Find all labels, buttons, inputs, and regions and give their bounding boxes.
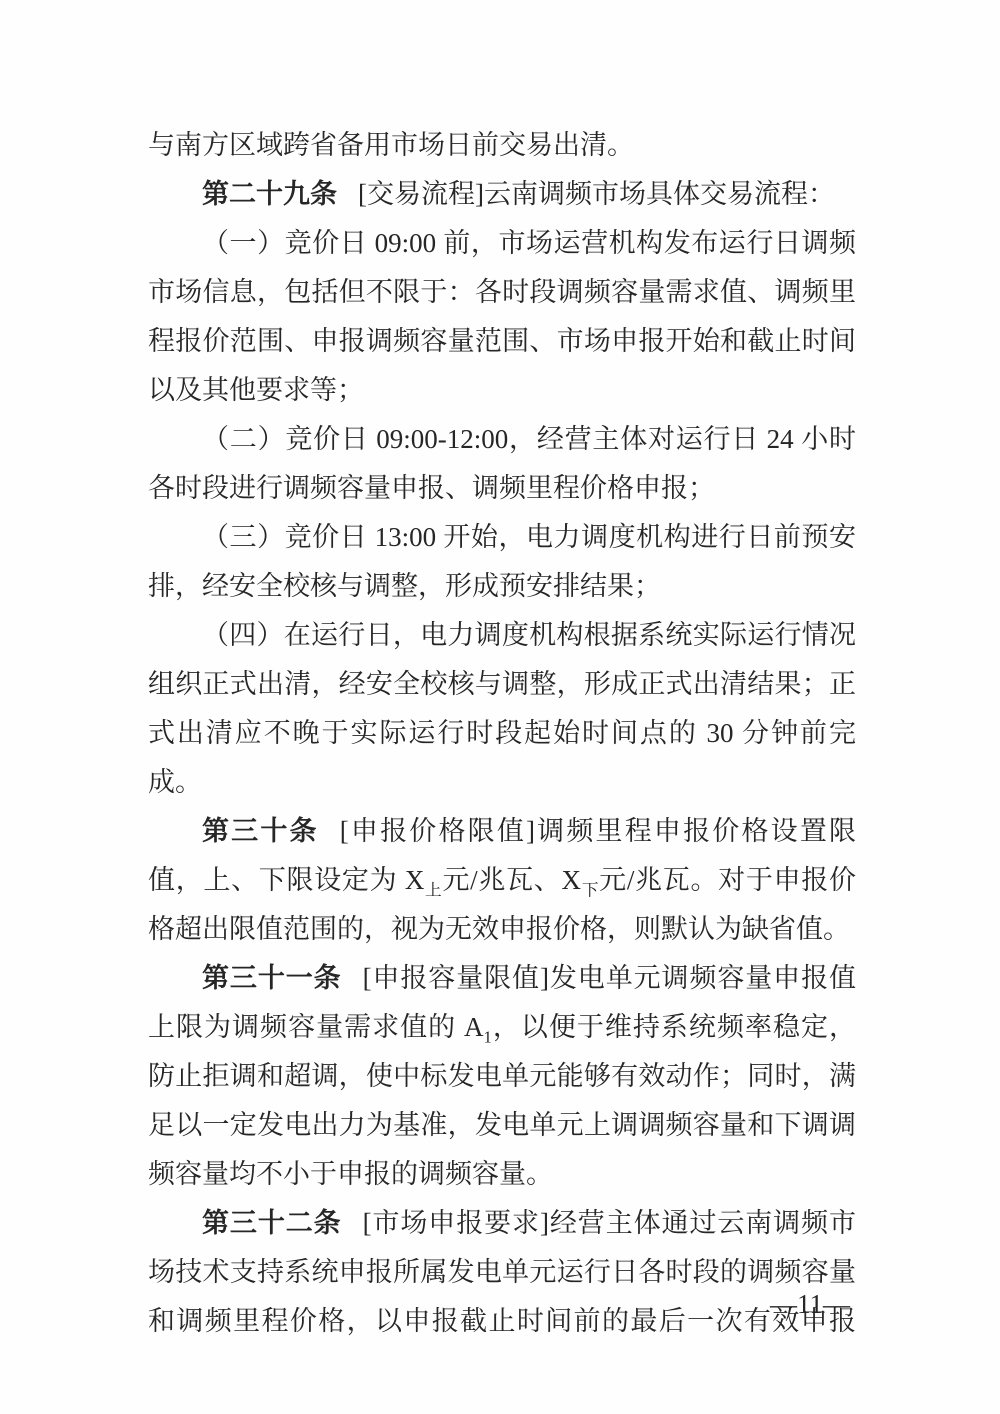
paragraph-text: 与南方区域跨省备用市场日前交易出清。 <box>148 130 634 160</box>
clause-item-4-text: （四）在运行日，电力调度机构根据系统实际运行情况组织正式出清，经安全校核与调整，… <box>148 620 856 797</box>
article-30-paragraph: 第三十条[申报价格限值]调频里程申报价格设置限值，上、下限设定为 X上元/兆瓦、… <box>148 807 856 954</box>
paragraph-continuation: 与南方区域跨省备用市场日前交易出清。 <box>148 121 856 170</box>
variable-x-lower: X <box>562 865 582 895</box>
clause-item-4: （四）在运行日，电力调度机构根据系统实际运行情况组织正式出清，经安全校核与调整，… <box>148 611 856 807</box>
page-number: —11— <box>770 1289 850 1319</box>
variable-x-upper-subscript: 上 <box>424 880 442 899</box>
variable-x-lower-subscript: 下 <box>581 880 599 899</box>
article-30-number-bold: 第三十条 <box>202 816 319 846</box>
clause-item-3-text: （三）竞价日 13:00 开始，电力调度机构进行日前预安排，经安全校核与调整，形… <box>148 522 856 601</box>
article-31-paragraph: 第三十一条[申报容量限值]发电单元调频容量申报值上限为调频容量需求值的 A1，以… <box>148 954 856 1199</box>
article-29-title-text: [交易流程]云南调频市场具体交易流程： <box>358 179 835 209</box>
clause-item-1-text: （一）竞价日 09:00 前，市场运营机构发布运行日调频市场信息，包括但不限于：… <box>148 228 856 405</box>
article-29-heading: 第二十九条[交易流程]云南调频市场具体交易流程： <box>148 170 856 219</box>
clause-item-2-text: （二）竞价日 09:00-12:00，经营主体对运行日 24 小时各时段进行调频… <box>148 424 856 503</box>
variable-a1-subscript: 1 <box>483 1027 491 1046</box>
variable-x-upper: X <box>405 865 425 895</box>
clause-item-1: （一）竞价日 09:00 前，市场运营机构发布运行日调频市场信息，包括但不限于：… <box>148 219 856 415</box>
article-29-number-bold: 第二十九条 <box>202 179 337 209</box>
article-30-text-2: 元/兆瓦、 <box>442 865 561 895</box>
article-31-number-bold: 第三十一条 <box>202 963 342 993</box>
article-32-paragraph: 第三十二条[市场申报要求]经营主体通过云南调频市场技术支持系统申报所属发电单元运… <box>148 1199 856 1346</box>
article-32-number-bold: 第三十二条 <box>202 1208 342 1238</box>
document-page: 与南方区域跨省备用市场日前交易出清。 第二十九条[交易流程]云南调频市场具体交易… <box>0 0 1000 1414</box>
clause-item-3: （三）竞价日 13:00 开始，电力调度机构进行日前预安排，经安全校核与调整，形… <box>148 513 856 611</box>
variable-a1: A <box>464 1012 484 1042</box>
clause-item-2: （二）竞价日 09:00-12:00，经营主体对运行日 24 小时各时段进行调频… <box>148 415 856 513</box>
